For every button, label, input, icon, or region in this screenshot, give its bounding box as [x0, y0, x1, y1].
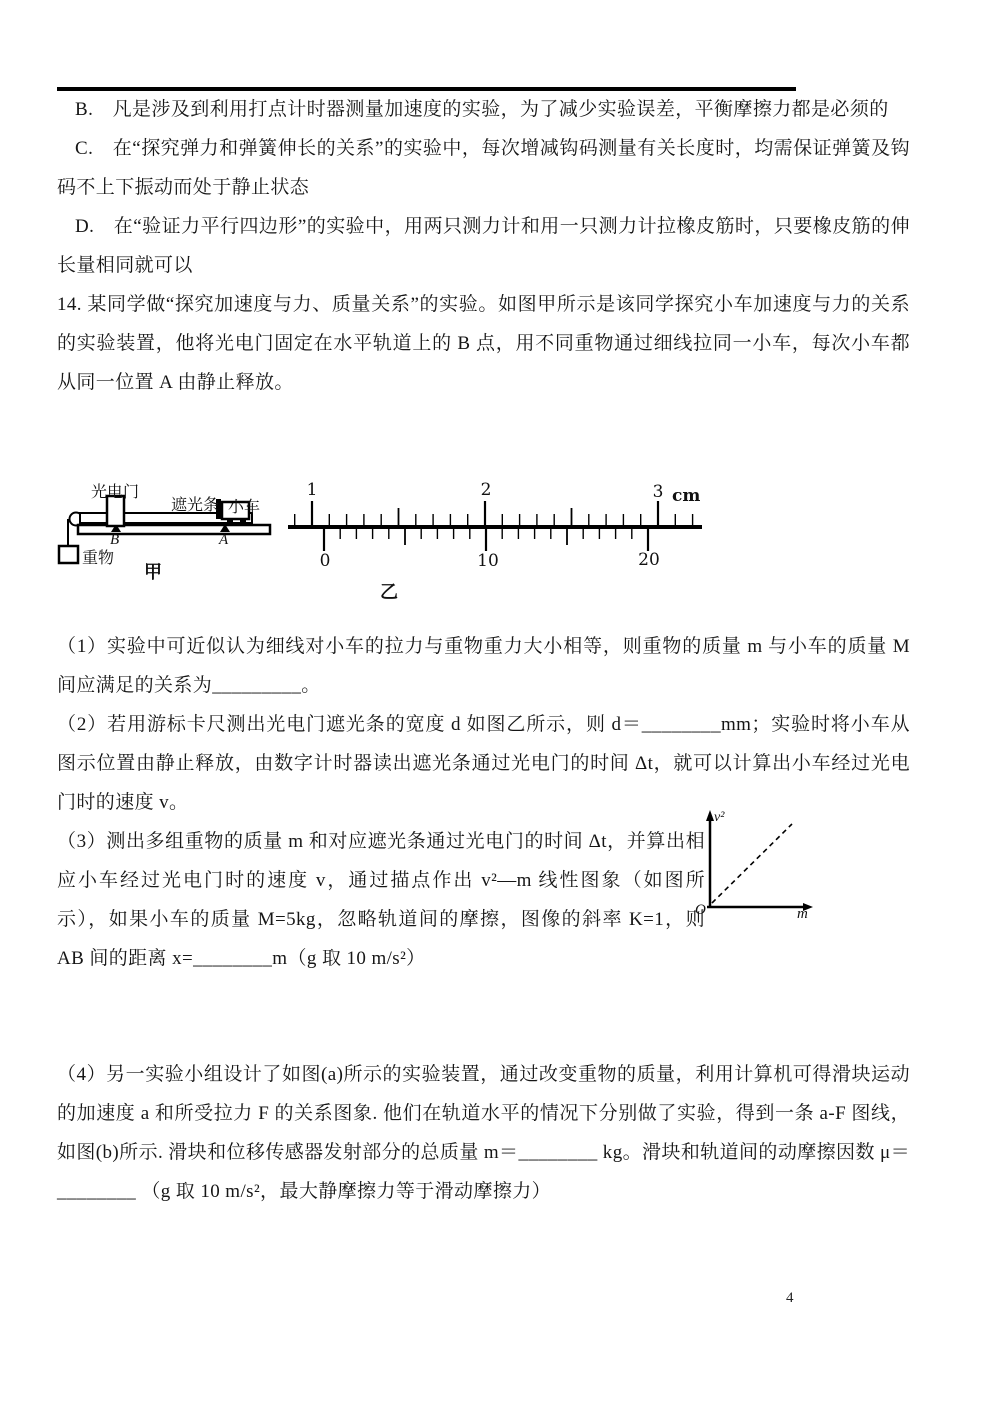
caliper-ticks — [295, 501, 693, 551]
cart-wheel-right — [240, 518, 246, 523]
option-c-text: C. 在“探究弹力和弹簧伸长的关系”的实验中，每次增减钩码测量有关长度时，均需保… — [57, 129, 910, 207]
question-14-intro: 14. 某同学做“探究加速度与力、质量关系”的实验。如图甲所示是该同学探究小车加… — [57, 285, 910, 402]
point-b-marker — [111, 524, 121, 532]
point-a-label: A — [219, 532, 228, 549]
figure-jia-caption: 甲 — [144, 558, 162, 584]
caliper-unit-label: cm — [672, 486, 700, 506]
part-4-text: （4）另一实验小组设计了如图(a)所示的实验装置，通过改变重物的质量，利用计算机… — [57, 1055, 910, 1211]
track-base — [78, 525, 270, 534]
vernier-label-0: 0 — [320, 551, 331, 571]
caliper-figure — [288, 501, 702, 551]
text-block-options: B. 凡是涉及到利用打点计时器测量加速度的实验，为了减少实验误差，平衡摩擦力都是… — [57, 90, 910, 402]
photogate-label: 光电门 — [91, 479, 139, 502]
point-a-marker — [220, 524, 230, 532]
text-block-part3: （3）测出多组重物的质量 m 和对应遮光条通过光电门的时间 Δt，并算出相应小车… — [57, 822, 705, 978]
part-2-text: （2）若用游标卡尺测出光电门遮光条的宽度 d 如图乙所示，则 d＝_______… — [57, 705, 910, 822]
figure-yi-caption: 乙 — [380, 578, 398, 604]
main-scale-label-3: 3 — [653, 482, 664, 502]
option-b-text: B. 凡是涉及到利用打点计时器测量加速度的实验，为了减少实验误差，平衡摩擦力都是… — [57, 90, 910, 129]
caliper-beam — [288, 525, 702, 529]
graph-data-line — [712, 824, 792, 903]
vernier-label-20: 20 — [638, 550, 660, 570]
point-b-label: B — [110, 532, 119, 549]
vernier-label-10: 10 — [477, 551, 499, 571]
cart-label: 小车 — [228, 494, 260, 517]
main-scale-label-1: 1 — [307, 480, 318, 500]
graph-x-label: m — [797, 906, 808, 923]
part-3-text: （3）测出多组重物的质量 m 和对应遮光条通过光电门的时间 Δt，并算出相应小车… — [57, 822, 705, 978]
main-scale-label-2: 2 — [481, 480, 492, 500]
text-block-part1-2: （1）实验中可近似认为细线对小车的拉力与重物重力大小相等，则重物的质量 m 与小… — [57, 627, 910, 822]
page-number: 4 — [786, 1290, 794, 1307]
weight-block — [59, 546, 78, 563]
shade-strip-label: 遮光条 — [171, 492, 219, 515]
cart-wheel-left — [227, 518, 233, 523]
part-1-text: （1）实验中可近似认为细线对小车的拉力与重物重力大小相等，则重物的质量 m 与小… — [57, 627, 910, 705]
document-page: B. 凡是涉及到利用打点计时器测量加速度的实验，为了减少实验误差，平衡摩擦力都是… — [0, 0, 992, 1403]
pulley-icon — [70, 513, 83, 526]
track-surface — [80, 513, 252, 523]
option-d-text: D. 在“验证力平行四边形”的实验中，用两只测力计和用一只测力计拉橡皮筋时，只要… — [57, 207, 910, 285]
text-block-part4: （4）另一实验小组设计了如图(a)所示的实验装置，通过改变重物的质量，利用计算机… — [57, 1055, 910, 1211]
